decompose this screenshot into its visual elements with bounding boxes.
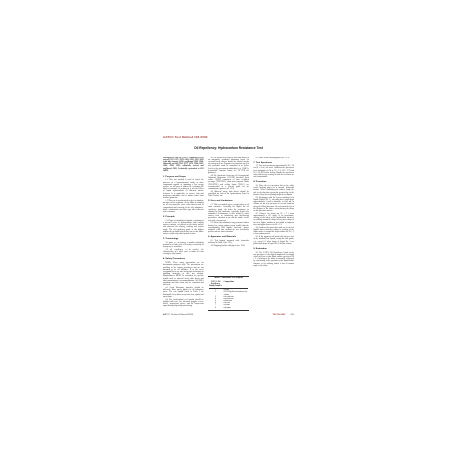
test-method-header: AATCC Test Method 118-2002 — [163, 135, 294, 139]
page-title: Oil Repellency: Hydrocarbon Resistance T… — [163, 146, 294, 150]
paragraph: 9.1 The AATCC Oil Repellency Grade of th… — [253, 252, 294, 267]
text-column-3: 6.3 White textile blotting paper (see 12… — [253, 157, 294, 311]
table-header-rating: AATCC Oil Repellency Rating Number — [209, 281, 222, 287]
table-title: Table I—Standard Test Liquids — [209, 277, 248, 279]
section-heading: 3. Terminology — [163, 238, 204, 241]
paragraph: 4.1 Good laboratory practices should be … — [163, 287, 204, 298]
document-preview-canvas: AATCC Test Method 118-2002 Oil Repellenc… — [0, 0, 458, 458]
paragraph: 5.2 Warm oily substances may penetrate f… — [208, 222, 249, 233]
text-columns: Developed in 1966 by AATCC Committee RA5… — [163, 157, 294, 311]
paragraph: 3.2 oil repellency, n.—in textiles, the … — [163, 249, 204, 256]
paragraph: 6.3 White textile blotting paper (see 12… — [253, 157, 294, 159]
paragraph: 4.5 Material safety data sheets should b… — [208, 191, 249, 198]
section-heading: 9. Evaluation — [253, 248, 294, 251]
paragraph: 5.1 This test method gives a rough index… — [208, 204, 249, 222]
paragraph: 8.3 Observe the drops for 30 ± 2 s from … — [253, 213, 294, 226]
footer-right-group: TM 118-2002 191 — [272, 314, 294, 317]
text-column-1: Developed in 1966 by AATCC Committee RA5… — [163, 157, 204, 311]
paragraph: 4.3 All chemicals should be used and sto… — [208, 157, 249, 175]
paragraph: 6.1 Test liquids, prepared with chemical… — [208, 240, 249, 244]
table-header-composition: Composition — [222, 281, 248, 287]
text-column-2: 4.3 All chemicals should be used and sto… — [208, 157, 249, 311]
table-cell-rating: 8 — [209, 307, 222, 309]
table-header-row: AATCC Oil Repellency Rating NumberCompos… — [209, 281, 248, 289]
page-footer: AATCC Technical Manual/2004 TM 118-2002 … — [163, 314, 294, 317]
paragraph: 7.1 Two test specimens approximately 20 … — [253, 165, 294, 178]
document-page: AATCC Test Method 118-2002 Oil Repellenc… — [163, 135, 294, 311]
standard-test-liquids-table: Table I—Standard Test LiquidsAATCC Oil R… — [208, 276, 249, 311]
paragraph: 1.1 This test method is used to detect t… — [163, 179, 204, 199]
section-heading: 6. Apparatus and Materials — [208, 236, 249, 239]
table-cell-composition: n-heptane — [222, 307, 248, 309]
paragraph: 4.4 The American Conference of Governmen… — [208, 175, 249, 190]
paragraph: 6.2 Dropping bottles with pipets (see 12… — [208, 245, 249, 247]
footer-page-number: 191 — [290, 314, 294, 317]
development-history: Developed in 1966 by AATCC Committee RA5… — [163, 157, 204, 172]
paragraph: 8.5 If the apparent end point falls betw… — [253, 236, 294, 245]
section-heading: 2. Principle — [163, 216, 204, 219]
table-row: 8n-heptane — [209, 307, 248, 309]
paragraph: NOTE: These safety precautions are for i… — [163, 262, 204, 286]
paragraph: 8.1 Place the test specimen flat on the … — [253, 185, 294, 196]
footer-tm-number: TM 118-2002 — [272, 314, 285, 317]
section-heading: 1. Purpose and Scope — [163, 176, 204, 179]
section-heading: 8. Procedure — [253, 181, 294, 184]
paragraph: 2.1 Drops of standard test liquids, cons… — [163, 220, 204, 235]
paragraph: 8.4 Continue this procedure until one of… — [253, 227, 294, 236]
paragraph: 4.2 The hydrocarbon test liquids should … — [163, 299, 204, 308]
paragraph: 1.2 This test is not intended to give an… — [163, 200, 204, 213]
section-heading: 5. Uses and Limitations — [208, 200, 249, 203]
paragraph: 3.1 grade, n.—in testing, a number indic… — [163, 242, 204, 249]
paragraph: 8.2 Beginning with the lowest numbered t… — [253, 197, 294, 212]
section-heading: 4. Safety Precautions — [163, 258, 204, 261]
section-heading: 7. Test Specimens — [253, 162, 294, 165]
footer-manual-label: AATCC Technical Manual/2004 — [163, 314, 193, 317]
